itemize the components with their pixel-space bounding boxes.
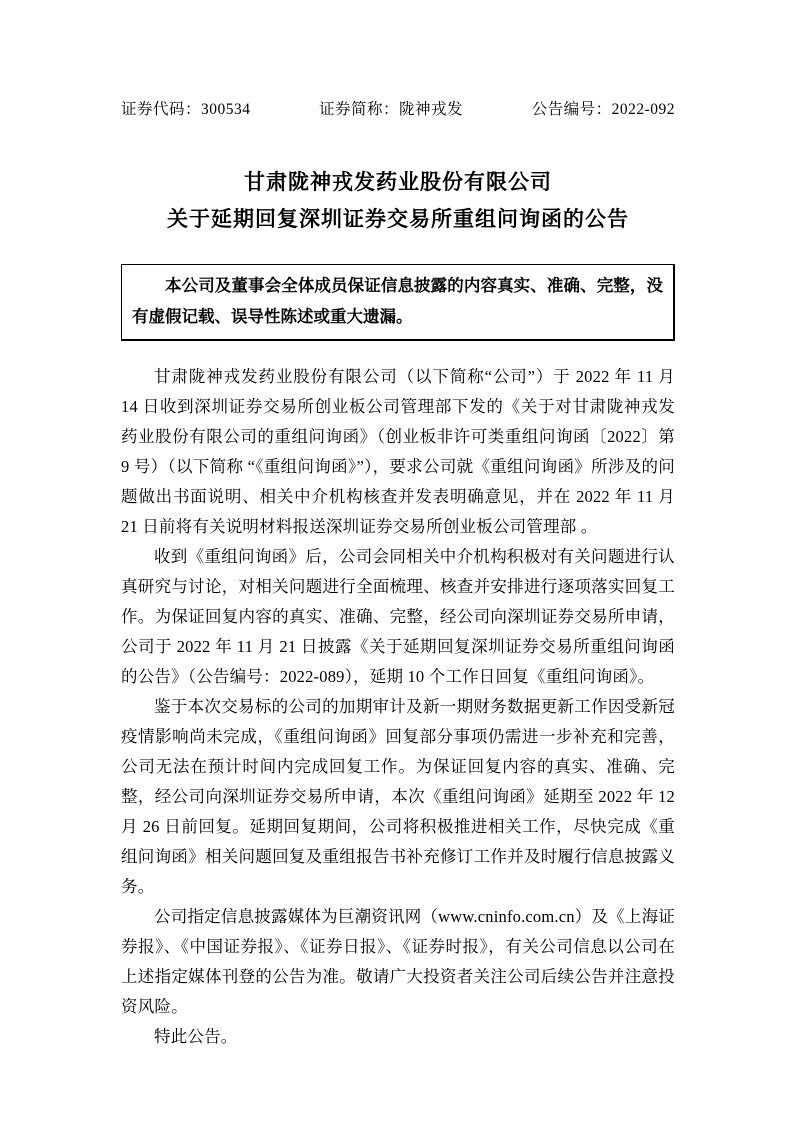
stock-name: 证券简称：陇神戎发 — [319, 97, 463, 119]
disclaimer-text: 本公司及董事会全体成员保证信息披露的内容真实、准确、完整，没有虚假记载、误导性陈… — [132, 270, 663, 332]
paragraph-4: 公司指定信息披露媒体为巨潮资讯网（www.cninfo.com.cn）及《上海证… — [121, 902, 675, 1022]
title-company-line: 甘肃陇神戎发药业股份有限公司 — [121, 164, 675, 201]
announcement-page: 证券代码：300534 证券简称：陇神戎发 公告编号：2022-092 甘肃陇神… — [0, 0, 793, 1122]
paragraph-3: 鉴于本次交易标的公司的加期审计及新一期财务数据更新工作因受新冠疫情影响尚未完成，… — [121, 692, 675, 902]
announcement-number: 公告编号：2022-092 — [532, 97, 675, 119]
paragraph-1: 甘肃陇神戎发药业股份有限公司（以下简称“公司”）于 2022 年 11 月 14… — [121, 362, 675, 542]
disclaimer-box: 本公司及董事会全体成员保证信息披露的内容真实、准确、完整，没有虚假记载、误导性陈… — [121, 264, 675, 341]
stock-code: 证券代码：300534 — [121, 97, 251, 119]
document-title: 甘肃陇神戎发药业股份有限公司 关于延期回复深圳证券交易所重组问询函的公告 — [121, 164, 675, 238]
title-subject-line: 关于延期回复深圳证券交易所重组问询函的公告 — [121, 201, 675, 238]
paragraph-2: 收到《重组问询函》后，公司会同相关中介机构积极对有关问题进行认真研究与讨论，对相… — [121, 542, 675, 692]
document-header: 证券代码：300534 证券简称：陇神戎发 公告编号：2022-092 — [121, 97, 675, 119]
document-body: 甘肃陇神戎发药业股份有限公司（以下简称“公司”）于 2022 年 11 月 14… — [121, 362, 675, 1052]
closing-statement: 特此公告。 — [121, 1022, 675, 1052]
